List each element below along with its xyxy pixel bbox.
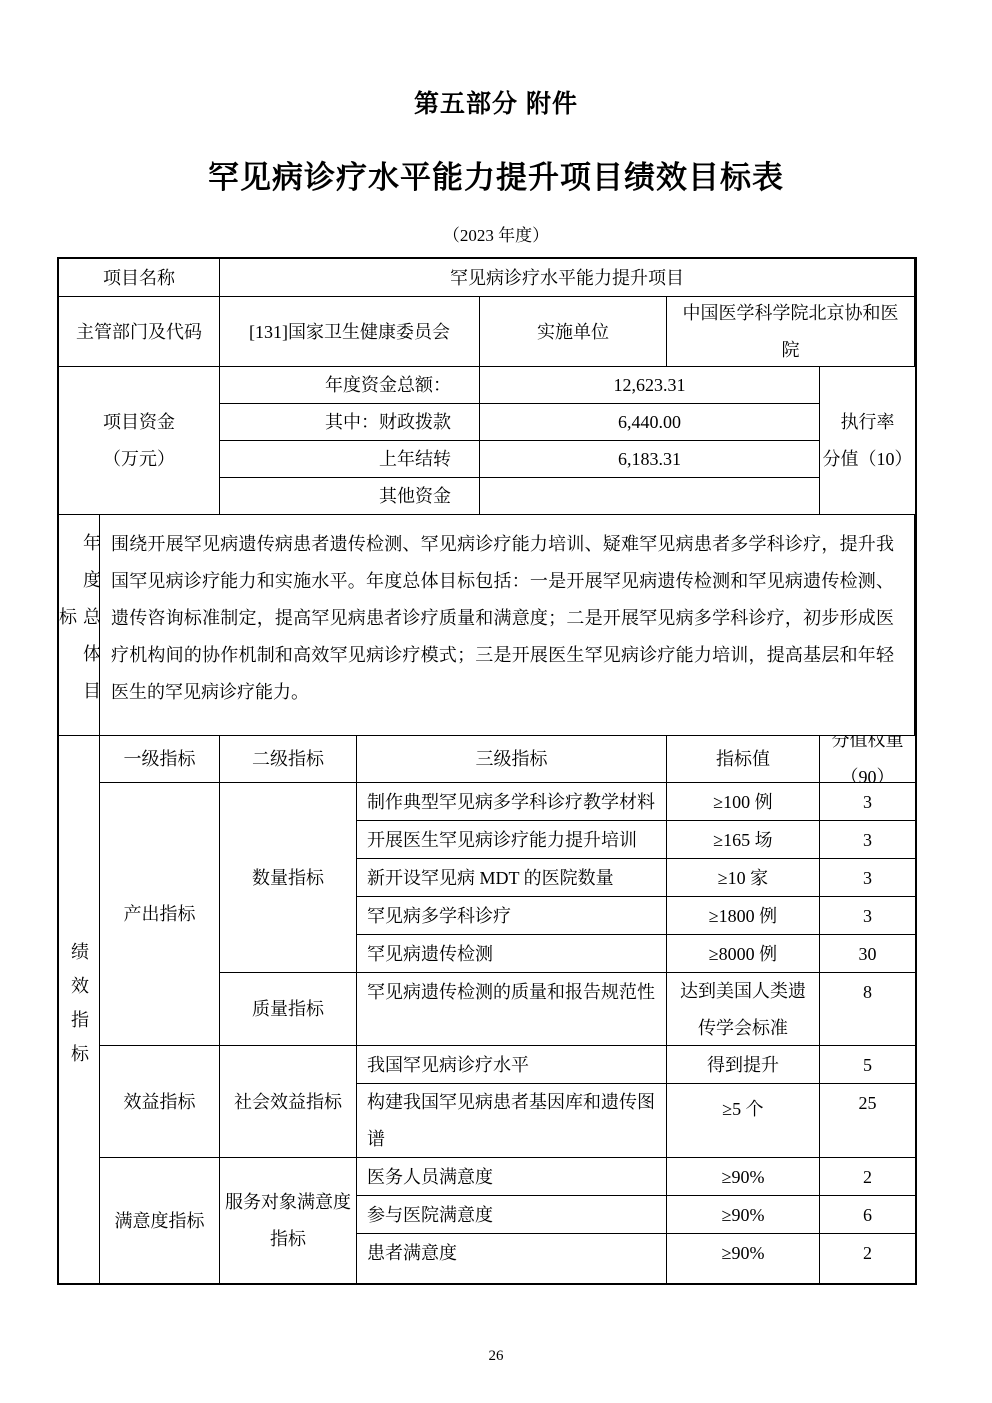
execution-rate-label: 执行率 分值（10）: [820, 367, 915, 515]
indicator-cell-10: 患者满意度: [357, 1234, 667, 1283]
impl-unit-value: 中国医学科学院北京协和医院: [667, 297, 915, 367]
section-title: 第五部分 附件: [0, 84, 992, 120]
department-label: 主管部门及代码: [59, 297, 220, 367]
indicator-cell-1: 开展医生罕见病诊疗能力提升培训: [357, 821, 667, 859]
header-level3: 三级指标: [357, 736, 667, 783]
indicator-cell-7: 构建我国罕见病患者基因库和遗传图谱: [357, 1084, 667, 1158]
annual-goal-text: 围绕开展罕见病遗传病患者遗传检测、罕见病诊疗能力培训、疑难罕见病患者多学科诊疗，…: [100, 515, 915, 736]
funding-total-value: 12,623.31: [480, 367, 820, 404]
value-cell-4: ≥8000 例: [667, 935, 820, 973]
value-cell-6: 得到提升: [667, 1046, 820, 1084]
weight-cell-7: 25: [820, 1084, 915, 1158]
indicator-cell-2: 新开设罕见病 MDT 的医院数量: [357, 859, 667, 897]
indicator-cell-5: 罕见病遗传检测的质量和报告规范性: [357, 973, 667, 1046]
page-title: 罕见病诊疗水平能力提升项目绩效目标表: [0, 152, 992, 197]
value-cell-10: ≥90%: [667, 1234, 820, 1283]
weight-cell-4: 30: [820, 935, 915, 973]
value-cell-8: ≥90%: [667, 1158, 820, 1196]
value-cell-0: ≥100 例: [667, 783, 820, 821]
funding-fiscal-value: 6,440.00: [480, 404, 820, 441]
year-subtitle: （2023 年度）: [0, 221, 992, 246]
header-value: 指标值: [667, 736, 820, 783]
value-cell-1: ≥165 场: [667, 821, 820, 859]
header-weight: 分值权重 （90）: [820, 736, 915, 783]
value-cell-7: ≥5 个: [667, 1084, 820, 1158]
performance-indicators-label: 绩效指标: [59, 736, 100, 1283]
weight-cell-2: 3: [820, 859, 915, 897]
level1-output: 产出指标: [100, 783, 220, 1046]
header-level1: 一级指标: [100, 736, 220, 783]
document-page: 第五部分 附件 罕见病诊疗水平能力提升项目绩效目标表 （2023 年度） 项目名…: [0, 0, 992, 1403]
weight-cell-6: 5: [820, 1046, 915, 1084]
funding-other-label: 其他资金: [220, 478, 480, 515]
project-name-value: 罕见病诊疗水平能力提升项目: [220, 259, 915, 297]
weight-cell-5: 8: [820, 973, 915, 1046]
indicator-cell-6: 我国罕见病诊疗水平: [357, 1046, 667, 1084]
weight-cell-0: 3: [820, 783, 915, 821]
performance-target-table: 项目名称 罕见病诊疗水平能力提升项目 主管部门及代码 [131]国家卫生健康委员…: [57, 257, 917, 1285]
level2-quality: 质量指标: [220, 973, 357, 1046]
indicator-cell-9: 参与医院满意度: [357, 1196, 667, 1234]
level1-satisfaction: 满意度指标: [100, 1158, 220, 1283]
funding-other-value: [480, 478, 820, 515]
department-value: [131]国家卫生健康委员会: [220, 297, 480, 367]
annual-goal-label: 年度总体目标: [59, 515, 100, 736]
value-cell-3: ≥1800 例: [667, 897, 820, 935]
funding-carryover-value: 6,183.31: [480, 441, 820, 478]
weight-cell-9: 6: [820, 1196, 915, 1234]
funding-total-label: 年度资金总额：: [220, 367, 480, 404]
level1-benefit: 效益指标: [100, 1046, 220, 1158]
funding-fiscal-label: 其中：财政拨款: [220, 404, 480, 441]
indicator-cell-3: 罕见病多学科诊疗: [357, 897, 667, 935]
level2-service: 服务对象满意度指标: [220, 1158, 357, 1283]
level2-quantity: 数量指标: [220, 783, 357, 973]
value-cell-9: ≥90%: [667, 1196, 820, 1234]
impl-unit-label: 实施单位: [480, 297, 667, 367]
header-level2: 二级指标: [220, 736, 357, 783]
weight-cell-10: 2: [820, 1234, 915, 1283]
weight-cell-3: 3: [820, 897, 915, 935]
funding-carryover-label: 上年结转: [220, 441, 480, 478]
funding-label: 项目资金 （万元）: [59, 367, 220, 515]
indicator-cell-4: 罕见病遗传检测: [357, 935, 667, 973]
value-cell-2: ≥10 家: [667, 859, 820, 897]
weight-cell-1: 3: [820, 821, 915, 859]
value-cell-5: 达到美国人类遗传学会标准: [667, 973, 820, 1046]
indicator-cell-0: 制作典型罕见病多学科诊疗教学材料: [357, 783, 667, 821]
page-number: 26: [0, 1348, 992, 1365]
level2-social: 社会效益指标: [220, 1046, 357, 1158]
indicator-cell-8: 医务人员满意度: [357, 1158, 667, 1196]
project-name-label: 项目名称: [59, 259, 220, 297]
weight-cell-8: 2: [820, 1158, 915, 1196]
